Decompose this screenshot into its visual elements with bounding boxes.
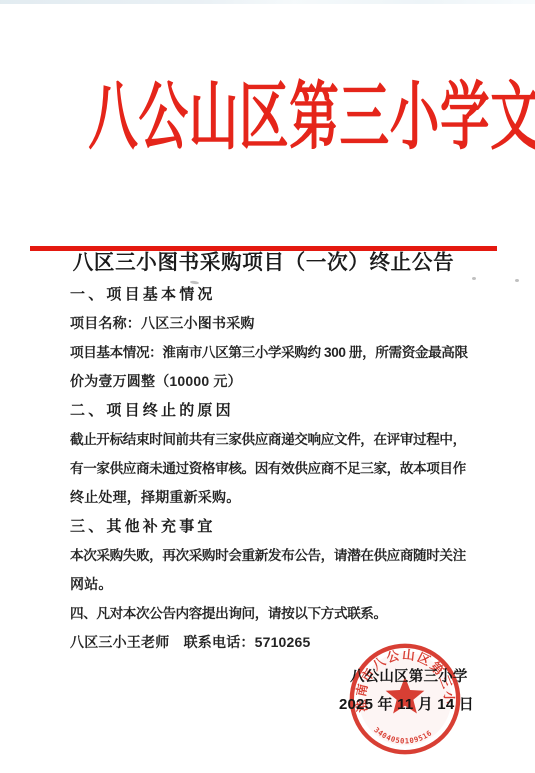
body-line: 项目名称：八区三小图书采购	[70, 309, 490, 338]
notice-title: 八区三小图书采购项目（一次）终止公告	[0, 249, 527, 277]
scan-edge-artifact	[0, 0, 535, 4]
letterhead-title: 八公山区第三小学文件	[88, 72, 446, 164]
body-line: 有一家供应商未通过资格审核。因有效供应商不足三家，故本项目作	[70, 454, 490, 483]
section-heading-2: 二、项目终止的原因	[70, 396, 490, 425]
body-line: 价为壹万圆整（10000 元）	[70, 367, 490, 396]
signature-organization: 八公山区第三小学	[350, 665, 470, 686]
signature-date: 2025 年 11 月 14 日	[339, 693, 471, 714]
section-heading-3: 三、其他补充事宜	[70, 512, 490, 541]
body-line: 终止处理，择期重新采购。	[70, 483, 490, 512]
section-heading-4: 四、凡对本次公告内容提出询问，请按以下方式联系。	[70, 599, 490, 628]
body-line: 网站。	[70, 570, 490, 599]
body-line: 本次采购失败，再次采购时会重新发布公告，请潜在供应商随时关注	[70, 541, 490, 570]
document-page: 八公山区第三小学文件 八区三小图书采购项目（一次）终止公告 一、项目基本情况 项…	[0, 0, 535, 773]
body-line: 截止开标结束时间前共有三家供应商递交响应文件，在评审过程中，	[70, 425, 490, 454]
scan-speck	[515, 279, 519, 282]
body-line: 项目基本情况：淮南市八区第三小学采购约 300 册，所需资金最高限	[70, 338, 490, 367]
notice-body: 一、项目基本情况 项目名称：八区三小图书采购 项目基本情况：淮南市八区第三小学采…	[70, 280, 490, 657]
section-heading-1: 一、项目基本情况	[70, 280, 490, 309]
